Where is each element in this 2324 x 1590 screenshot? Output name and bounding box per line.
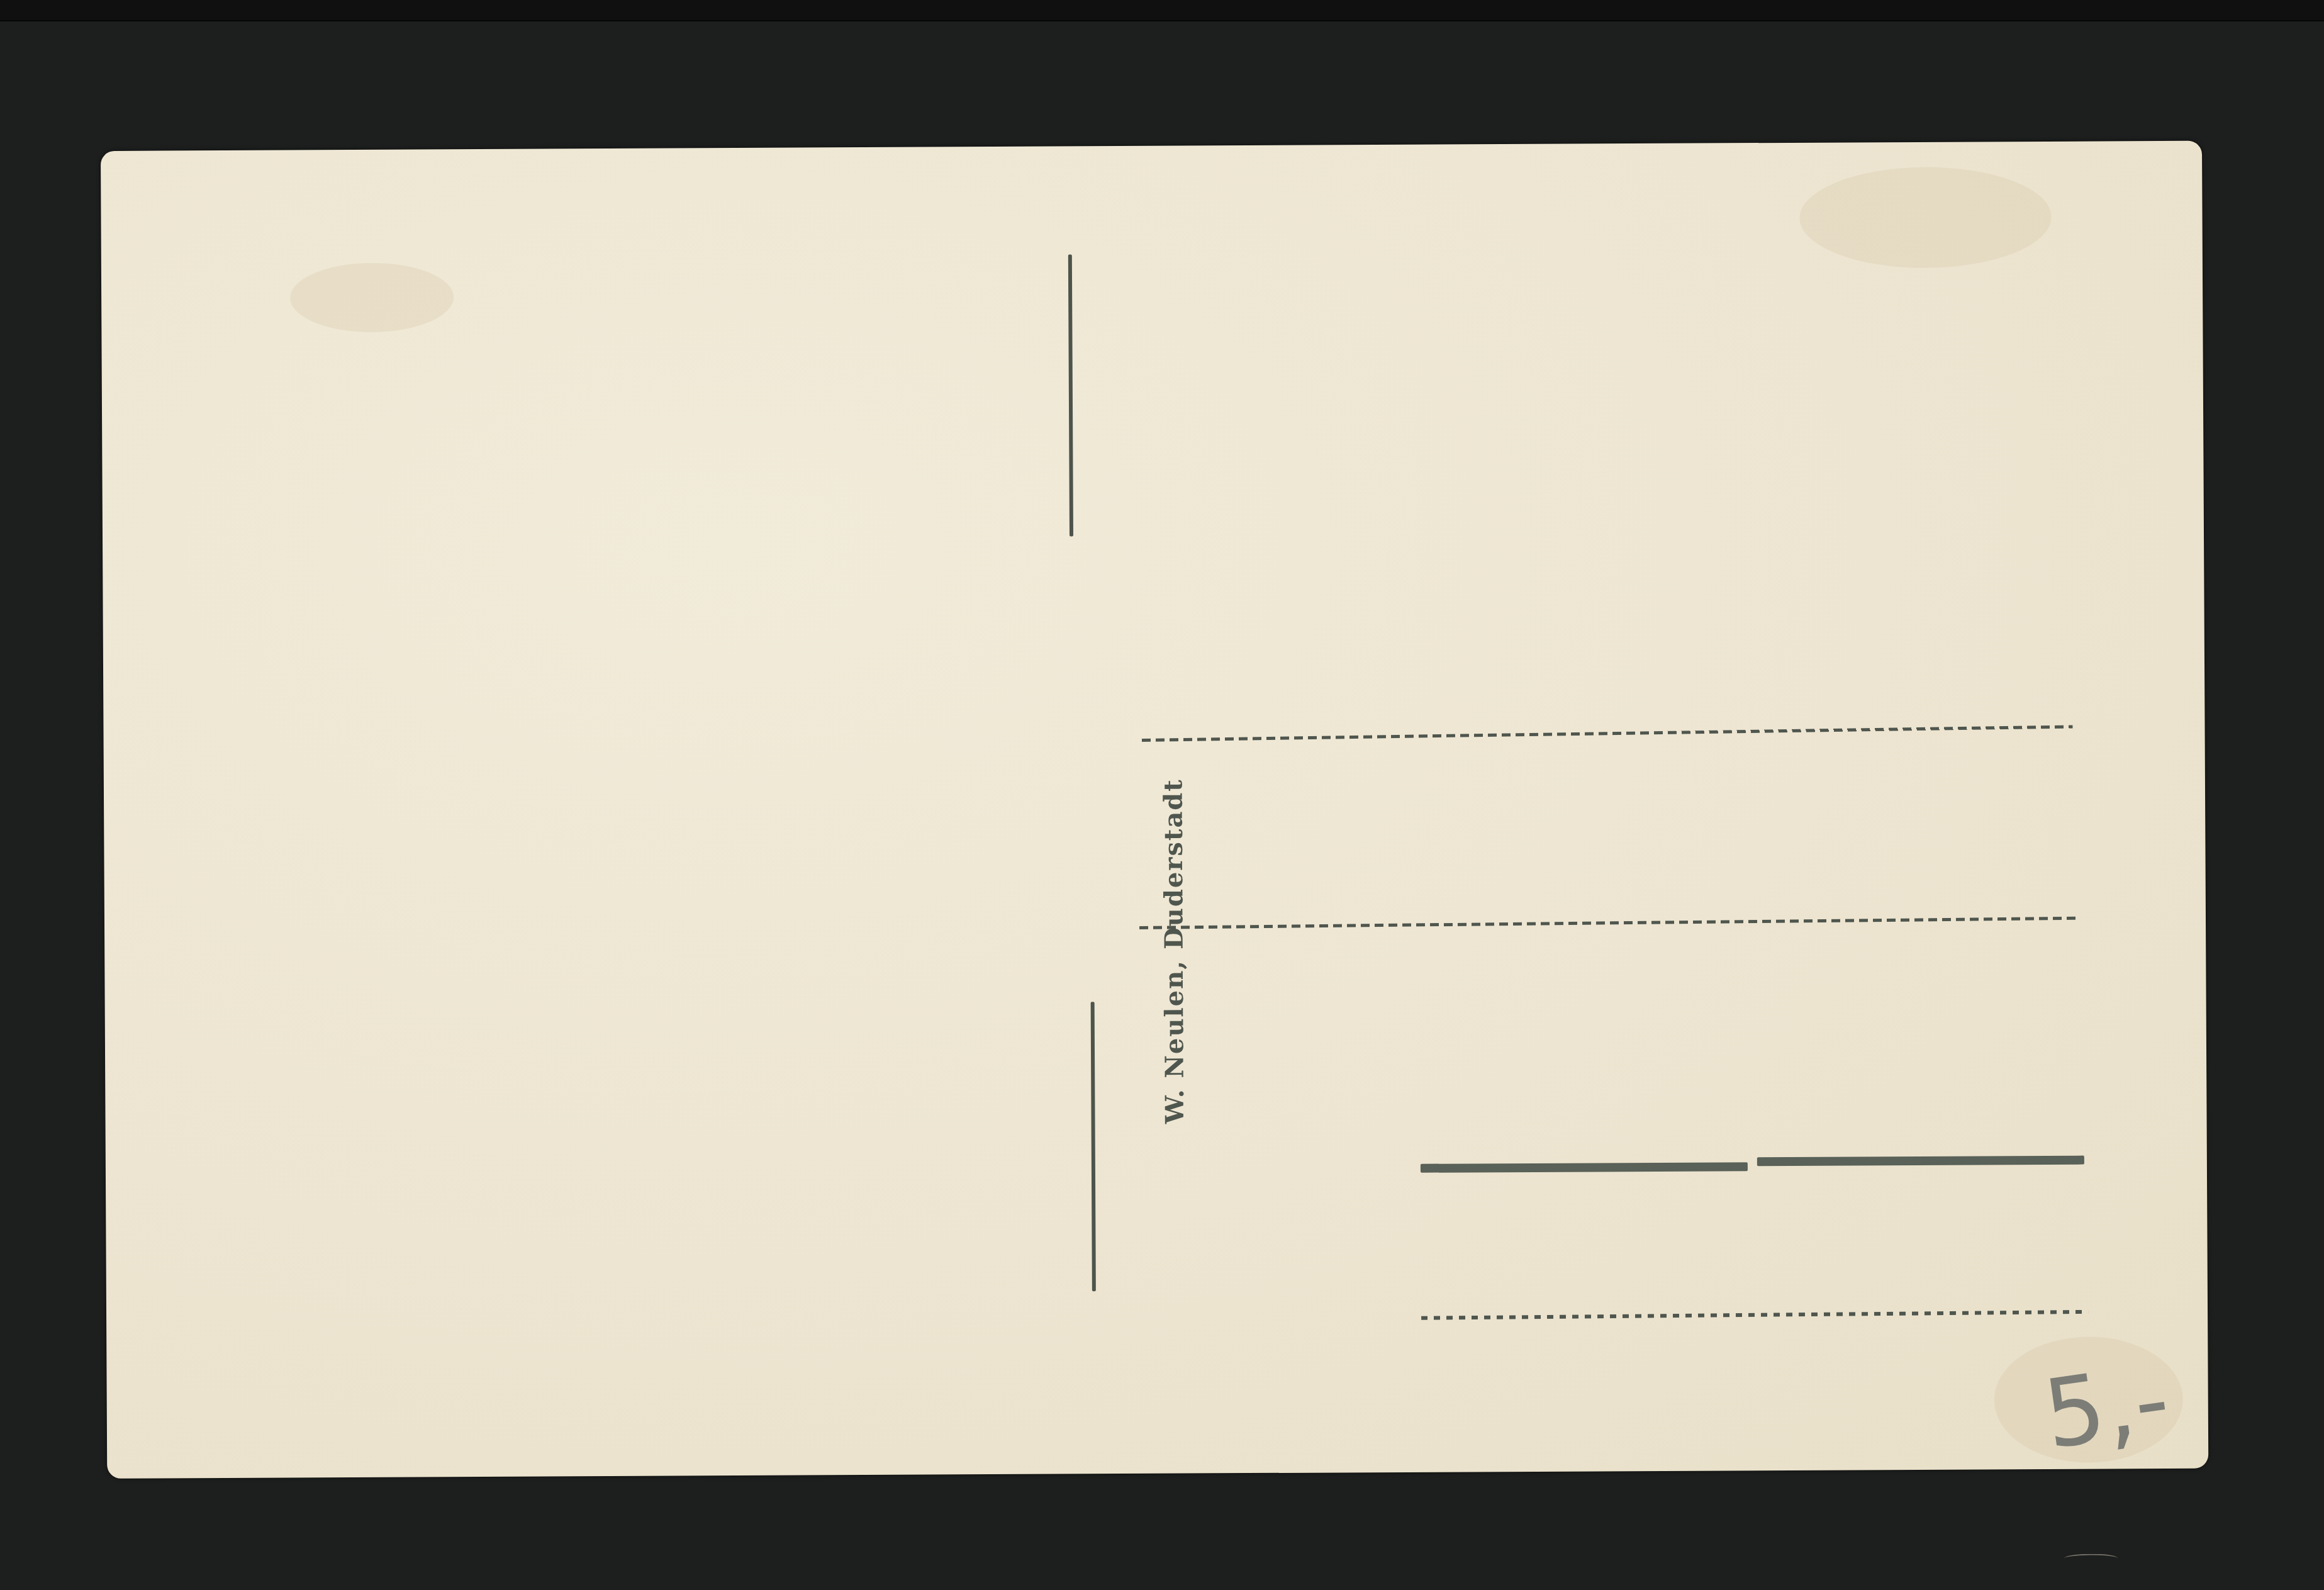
address-line-1 [1142, 725, 2073, 741]
album-mount-edge [0, 0, 2324, 21]
publisher-imprint: W. Neulen, Duderstadt [1158, 778, 1190, 1124]
divider-line-top [1068, 254, 1073, 536]
address-line-2 [1139, 917, 2077, 929]
address-line-4 [1421, 1310, 2088, 1320]
address-line-3-left [1421, 1162, 1748, 1173]
paper-stain [290, 262, 454, 332]
postcard-back: W. Neulen, Duderstadt [101, 141, 2208, 1479]
handwritten-price: 5,- [2038, 1345, 2176, 1470]
divider-line-bottom [1091, 1002, 1096, 1291]
paper-stain [1799, 167, 2052, 269]
hair-fiber [2064, 1554, 2118, 1562]
address-line-3-right [1757, 1156, 2084, 1167]
